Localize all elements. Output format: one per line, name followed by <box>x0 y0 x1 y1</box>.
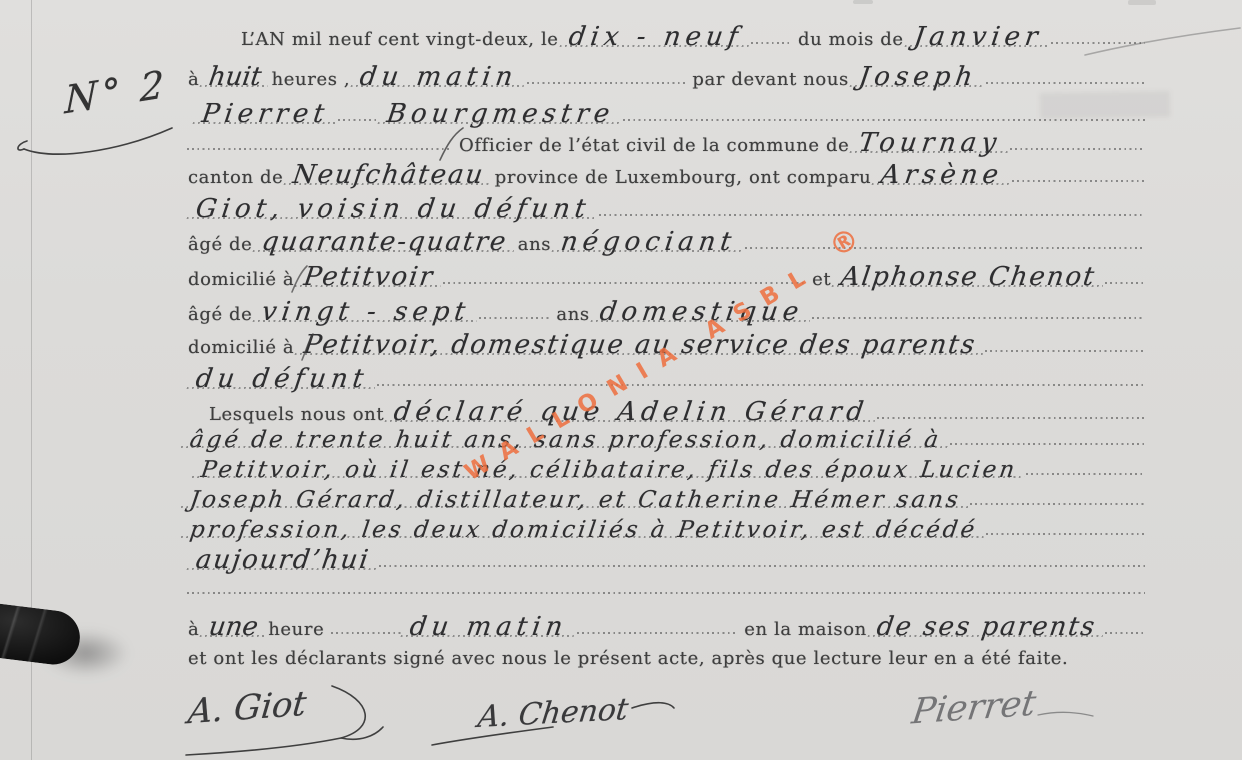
printed-declaration-label: Lesquels nous ont <box>205 404 388 425</box>
form-line-death-day: aujourd’hui <box>190 545 1148 575</box>
entry-day: dix - neuf <box>560 22 750 52</box>
printed-year-label: L’AN mil neuf cent vingt-deux, le <box>237 29 563 50</box>
dotted-rule <box>751 42 791 44</box>
form-line-declarant1: Giot, voisin du défunt <box>190 194 1148 224</box>
dotted-rule <box>377 384 1145 386</box>
printed-before-us-label: par devant nous <box>688 69 852 90</box>
dotted-rule <box>331 632 401 634</box>
form-line-closing: et ont les déclarants signé avec nous le… <box>184 648 1148 669</box>
signature-pierret: Pierret <box>909 683 1038 732</box>
death-certificate-scan: N° 2 L’AN mil neuf cent vingt-deux, le d… <box>0 0 1242 760</box>
dotted-rule <box>1026 473 1145 475</box>
entry-declarant1-domicile: Petitvoir <box>296 262 442 292</box>
form-line-hour: à huit heures , du matin par devant nous… <box>184 62 1148 92</box>
dotted-rule <box>970 503 1145 505</box>
entry-parents-names: Joseph Gérard, distillateur, et Catherin… <box>182 487 968 513</box>
entry-month: Janvier <box>906 22 1051 52</box>
form-line-declarant2-age: âgé de vingt - sept ans domestique <box>184 297 1148 327</box>
entry-canton: Neufchâteau <box>285 160 493 190</box>
form-line-parents: Joseph Gérard, distillateur, et Catherin… <box>184 487 1148 513</box>
printed-years-label: ans <box>514 234 555 255</box>
dotted-rule <box>527 82 686 84</box>
entry-deceased-birthplace-status: Petitvoir, où il est né, célibataire, fi… <box>193 457 1025 483</box>
form-line-declaration: Lesquels nous ont déclaré que Adelin Gér… <box>205 397 1148 427</box>
entry-declarant2-name: Alphonse Chenot <box>833 262 1104 292</box>
form-line-declarant1-age: âgé de quarante-quatre ans négociant <box>184 227 1148 257</box>
printed-domicile-label: domicilié à <box>184 269 298 290</box>
dotted-rule <box>877 417 1145 419</box>
printed-age-label: âgé de <box>184 304 256 325</box>
dotted-rule <box>577 632 738 634</box>
entry-declarant1-age: quarante-quatre <box>254 227 516 257</box>
dotted-rule <box>1105 282 1145 284</box>
signature-chenot: A. Chenot <box>476 692 630 735</box>
entry-officer-surname: Pierret <box>194 99 337 129</box>
dotted-rule <box>187 592 1145 594</box>
form-line-canton: canton de Neufchâteau province de Luxemb… <box>184 160 1148 190</box>
signature-giot: A. Giot <box>186 684 308 733</box>
entry-declarant1-surname-relation: Giot, voisin du défunt <box>188 194 599 224</box>
entry-death-meridiem: du matin <box>402 612 576 642</box>
entry-death-place: de ses parents <box>869 612 1104 642</box>
dotted-rule <box>812 317 1145 319</box>
form-line-death-hour: à une heure du matin en la maison de ses… <box>184 612 1148 642</box>
printed-age-label: âgé de <box>184 234 256 255</box>
printed-month-label: du mois de <box>794 29 908 50</box>
entry-hour: huit <box>201 62 269 92</box>
entry-declarant2-age: vingt - sept <box>254 297 478 327</box>
dotted-rule <box>479 317 549 319</box>
form-line-officer-name: Pierret Bourgmestre <box>196 99 1148 129</box>
form-line-deceased-birth: Petitvoir, où il est né, célibataire, fi… <box>195 457 1148 483</box>
dotted-rule <box>338 119 378 121</box>
dotted-rule <box>1010 148 1145 150</box>
entry-deceased-name: déclaré que Adelin Gérard <box>386 397 876 427</box>
entry-domicile-continuation: du défunt <box>188 364 376 394</box>
form-line-declarant1-domicile: domicilié à Petitvoir et Alphonse Chenot <box>184 262 1148 292</box>
form-line-empty <box>184 592 1148 602</box>
entry-declarant1-profession: négociant <box>553 227 744 257</box>
chenot-end-swash <box>632 703 674 708</box>
dotted-rule <box>623 119 1145 121</box>
dotted-rule <box>950 443 1145 445</box>
entry-death-day: aujourd’hui <box>188 545 378 575</box>
form-line-parents-domicile: profession, les deux domiciliés à Petitv… <box>184 517 1148 543</box>
printed-domicile-label: domicilié à <box>184 337 298 358</box>
dotted-rule <box>985 350 1145 352</box>
dotted-rule <box>187 148 452 150</box>
scan-smudge <box>1128 0 1156 5</box>
dotted-rule <box>599 214 1145 216</box>
form-line-deceased-age: âgé de trente huit ans, sans profession,… <box>184 427 1148 453</box>
page-weight <box>0 602 83 667</box>
dotted-rule <box>1012 180 1145 182</box>
scan-smudge <box>853 0 873 4</box>
dotted-rule <box>986 82 1145 84</box>
dotted-rule <box>1105 632 1145 634</box>
printed-hour-label: heure <box>264 619 328 640</box>
entry-commune: Tournay <box>851 128 1009 158</box>
entry-officer-title: Bourgmestre <box>379 99 622 129</box>
entry-parents-domicile-died: profession, les deux domiciliés à Petitv… <box>182 517 985 543</box>
dotted-rule <box>986 533 1145 535</box>
printed-province-label: province de Luxembourg, ont comparu <box>491 167 876 188</box>
act-number-flourish <box>24 128 172 154</box>
dotted-rule <box>1051 42 1145 44</box>
form-line-commune: Officier de l’état civil de la commune d… <box>184 128 1148 158</box>
printed-hours-label: heures , <box>268 69 355 90</box>
printed-canton-label: canton de <box>184 167 287 188</box>
entry-declarant1-firstname: Arsène <box>873 160 1011 190</box>
printed-house-label: en la maison <box>740 619 871 640</box>
pierret-signature-tail <box>1038 712 1093 716</box>
printed-civil-officer-label: Officier de l’état civil de la commune d… <box>455 135 853 156</box>
printed-closing-sentence: et ont les déclarants signé avec nous le… <box>184 648 1072 669</box>
printed-years-label: ans <box>552 304 593 325</box>
form-line-date: L’AN mil neuf cent vingt-deux, le dix - … <box>237 22 1148 52</box>
entry-meridiem: du matin <box>352 62 526 92</box>
entry-death-hour: une <box>201 612 266 642</box>
act-number: N° 2 <box>64 61 168 122</box>
dotted-rule <box>379 565 1145 567</box>
entry-officer-firstname: Joseph <box>851 62 985 92</box>
